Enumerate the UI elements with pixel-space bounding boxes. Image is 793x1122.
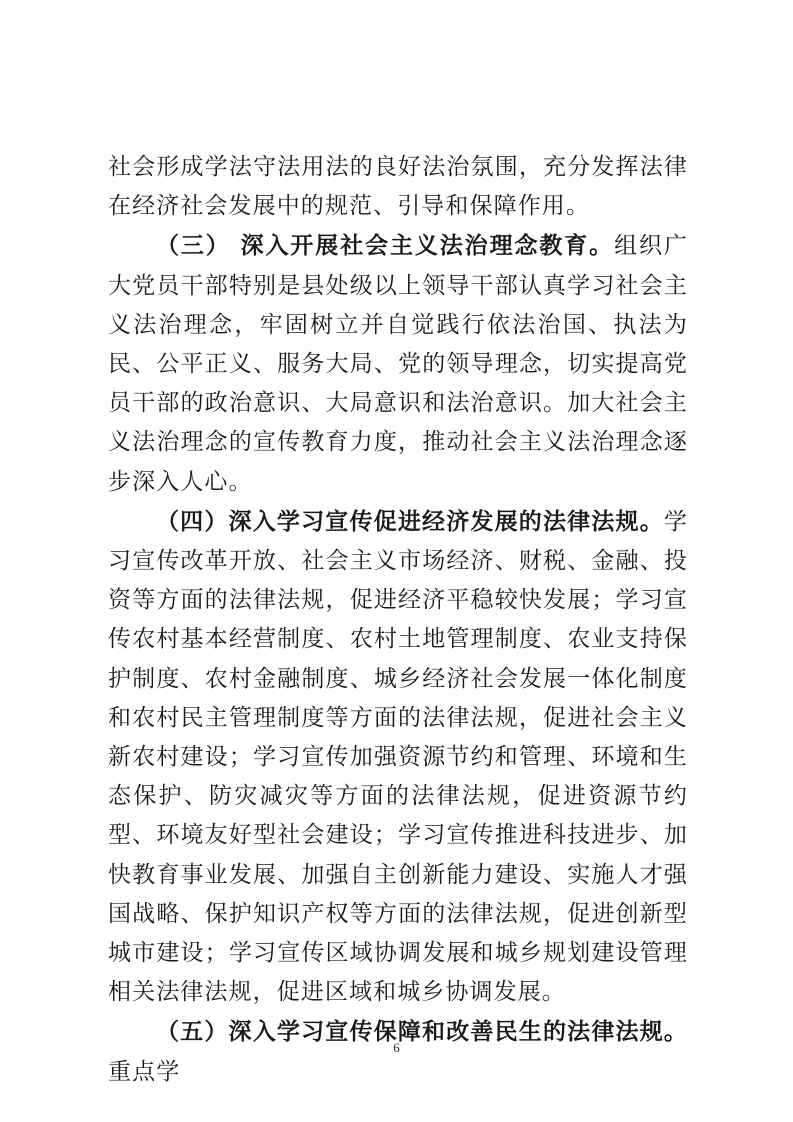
- paragraph-section-4: （四）深入学习宣传促进经济发展的法律法规。学习宣传改革开放、社会主义市场经济、财…: [108, 502, 688, 1013]
- paragraph-body: 重点学: [108, 1059, 180, 1085]
- paragraph-section-3: （三） 深入开展社会主义法治理念教育。组织广大党员干部特别是县处级以上领导干部认…: [108, 226, 688, 501]
- paragraph-continuation: 社会形成学法守法用法的良好法治氛围，充分发挥法律在经济社会发展中的规范、引导和保…: [108, 148, 688, 226]
- page-number: 6: [0, 1040, 793, 1056]
- section-heading: （四）深入学习宣传促进经济发展的法律法规。: [156, 508, 664, 535]
- paragraph-body: 组织广大党员干部特别是县处级以上领导干部认真学习社会主义法治理念，牢固树立并自觉…: [108, 233, 688, 494]
- paragraph-body: 社会形成学法守法用法的良好法治氛围，充分发挥法律在经济社会发展中的规范、引导和保…: [108, 154, 688, 219]
- paragraph-body: 学习宣传改革开放、社会主义市场经济、财税、金融、投资等方面的法律法规，促进经济平…: [108, 509, 688, 1005]
- document-page: 社会形成学法守法用法的良好法治氛围，充分发挥法律在经济社会发展中的规范、引导和保…: [108, 148, 688, 1092]
- section-heading: （三） 深入开展社会主义法治理念教育。: [156, 232, 614, 259]
